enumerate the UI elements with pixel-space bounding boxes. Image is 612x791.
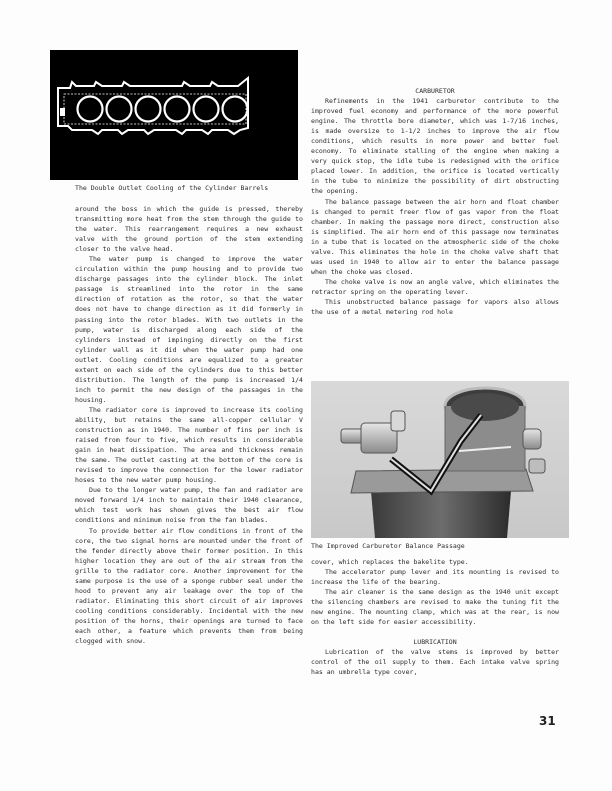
cylinder-cooling-figure	[50, 50, 298, 180]
right-column-bottom: cover, which replaces the bakelite type.…	[311, 557, 559, 678]
carburetor-photo	[311, 381, 569, 538]
right-column-top: CARBURETOR Refinements in the 1941 carbu…	[311, 86, 559, 317]
left-column: around the boss in which the guide is pr…	[75, 204, 303, 646]
carburetor-illustration-icon	[311, 381, 569, 538]
paragraph: cover, which replaces the bakelite type.	[311, 557, 559, 567]
figure-caption-carburetor: The Improved Carburetor Balance Passage	[311, 542, 465, 551]
paragraph: This unobstructed balance passage for va…	[311, 297, 559, 317]
paragraph: The air cleaner is the same design as th…	[311, 587, 559, 627]
paragraph: around the boss in which the guide is pr…	[75, 204, 303, 254]
paragraph: The radiator core is improved to increas…	[75, 405, 303, 485]
paragraph: Due to the longer water pump, the fan an…	[75, 485, 303, 525]
paragraph: The accelerator pump lever and its mount…	[311, 567, 559, 587]
page-number: 31	[539, 714, 556, 728]
paragraph: The water pump is changed to improve the…	[75, 254, 303, 405]
document-page: The Double Outlet Cooling of the Cylinde…	[0, 0, 612, 791]
paragraph: The balance passage between the air horn…	[311, 197, 559, 277]
paragraph: To provide better air flow conditions in…	[75, 526, 303, 647]
paragraph: Refinements in the 1941 carburetor contr…	[311, 96, 559, 196]
paragraph: Lubrication of the valve stems is improv…	[311, 647, 559, 677]
figure-caption-cylinder-cooling: The Double Outlet Cooling of the Cylinde…	[75, 184, 268, 193]
section-heading-carburetor: CARBURETOR	[311, 86, 559, 96]
section-heading-lubrication: LUBRICATION	[311, 637, 559, 647]
paragraph: The choke valve is now an angle valve, w…	[311, 277, 559, 297]
cylinder-block-diagram-icon	[50, 50, 298, 180]
spacer	[311, 627, 559, 637]
